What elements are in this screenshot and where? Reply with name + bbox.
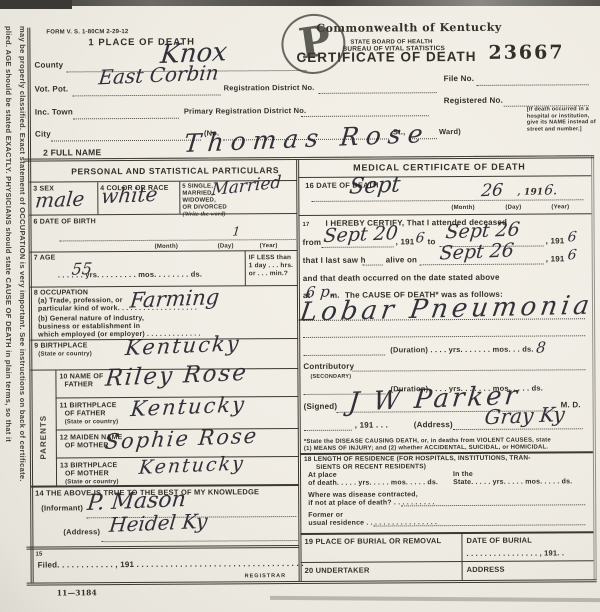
city-ward-label: Ward) xyxy=(439,128,461,136)
contributory-label: Contributory xyxy=(303,363,354,371)
dob-value: 1 xyxy=(232,224,241,238)
dotted-leader xyxy=(319,92,437,94)
contracted-label-2: if not at place of death? . . . . . . . … xyxy=(308,499,435,508)
fullname-value: Thomas Rose xyxy=(183,119,431,158)
rule-line xyxy=(179,182,180,214)
undertaker-label: 20 UNDERTAKER xyxy=(305,567,370,575)
age-value: 55 xyxy=(71,259,93,279)
former-residence-label-2: usual residence . . . . . . . . . . . . … xyxy=(308,519,437,528)
dotted-leader xyxy=(352,369,585,371)
father-birthplace-label-3: (State or country) xyxy=(65,418,119,426)
age-label: 7 AGE xyxy=(34,254,56,262)
rule-line xyxy=(296,160,302,581)
stamp-letter: P xyxy=(296,16,334,69)
to-year-digit: 6 xyxy=(567,229,578,245)
father-name-value: Riley Rose xyxy=(104,360,249,392)
dotted-leader xyxy=(101,540,297,542)
medical-title: MEDICAL CERTIFICATE OF DEATH xyxy=(353,163,525,172)
primary-registration-label: Primary Registration District No. xyxy=(184,107,307,116)
secondary-label: (SECONDARY) xyxy=(310,373,351,381)
rule-line xyxy=(27,579,597,585)
former-residence-label-1: Former or xyxy=(308,512,343,520)
duration1-label: (Duration) . . . . yrs. . . . . . . mos.… xyxy=(390,346,533,355)
residence-label-2: SIENTS OR RECENT RESIDENTS) xyxy=(316,463,426,472)
mother-birthplace-label-1: 13 BIRTHPLACE xyxy=(60,462,118,470)
dod-day-value: 26 xyxy=(480,180,504,201)
registered-no-label: Registered No. xyxy=(444,97,503,105)
birthplace-sublabel: (State or country) xyxy=(38,350,92,358)
race-value: white xyxy=(100,182,159,208)
dob-day-label: (Day) xyxy=(218,242,234,250)
filed-line: Filed. . . . . . . . . . . . , 191 . . .… xyxy=(38,560,304,570)
dotted-leader xyxy=(51,140,201,142)
burial-place-label: 19 PLACE OF BURIAL OR REMOVAL xyxy=(304,537,441,546)
dotted-leader xyxy=(73,94,221,96)
dotted-leader xyxy=(311,199,583,202)
certify-row-number: 17 xyxy=(302,221,309,229)
informant-address-label: (Address) xyxy=(63,528,100,536)
registrar-stamp: P xyxy=(277,10,349,79)
dod-month-value: Sept xyxy=(348,172,401,199)
mother-birthplace-value: Kentucky xyxy=(138,452,246,478)
rule-line xyxy=(298,175,591,178)
dotted-leader xyxy=(453,428,583,430)
mother-name-label-2: OF MOTHER xyxy=(65,442,109,450)
undertaker-address-label: ADDRESS xyxy=(467,566,505,574)
personal-title: PERSONAL AND STATISTICAL PARTICULARS xyxy=(71,166,279,175)
father-birthplace-label-2: OF FATHER xyxy=(65,410,106,418)
rule-line xyxy=(97,182,98,214)
dotted-leader xyxy=(60,239,296,241)
certificate-number: 23667 xyxy=(488,48,564,56)
scanned-death-certificate: plied. AGE should be stated EXACTLY. PHY… xyxy=(0,0,600,612)
dotted-leader xyxy=(363,264,383,265)
form-number: FORM V. S. 1-80CM 2-29-12 xyxy=(46,28,128,37)
mother-name-value: Sophie Rose xyxy=(104,424,260,454)
in-state-label-2: State. . . . . yrs. . . . . mos. . . . .… xyxy=(453,478,572,487)
parents-label: PARENTS xyxy=(39,415,48,460)
dob-label: 6 DATE OF BIRTH xyxy=(33,218,95,226)
birthplace-value: Kentucky xyxy=(124,331,242,360)
certificate-form: FORM V. S. 1-80CM 2-29-12 1 PLACE OF DEA… xyxy=(0,0,600,612)
rule-line xyxy=(301,560,594,563)
rule-line xyxy=(26,545,299,550)
at-place-label-2: of death. . . . . yrs. . . . . mos. . . … xyxy=(308,479,438,488)
rule-line xyxy=(29,213,297,216)
sex-value: male xyxy=(34,186,85,212)
age-if-less-label: IF LESS than 1 day . . . hrs. or . . . m… xyxy=(249,254,294,278)
filed-row-number: 15 xyxy=(35,551,42,559)
dod-month-label: (Month) xyxy=(451,204,474,212)
registration-district-label: Registration District No. xyxy=(224,84,315,93)
lastsaw-year-printed: , 191 xyxy=(546,255,565,263)
dotted-leader xyxy=(373,524,585,526)
precinct-value: East Corbin xyxy=(97,60,219,89)
signed-label: (Signed) xyxy=(304,403,338,411)
marital-value: Married xyxy=(211,172,282,200)
form-code: 11—3184 xyxy=(57,589,97,597)
cause-of-death-value: Lobar Pneumonia xyxy=(298,291,596,328)
registrar-label: REGISTRAR xyxy=(245,572,286,580)
dotted-leader xyxy=(401,504,585,506)
burial-date-label: DATE OF BURIAL xyxy=(466,537,532,545)
in-state-label-1: In the xyxy=(453,471,473,479)
dotted-leader xyxy=(303,354,385,356)
dotted-leader xyxy=(304,430,352,431)
precinct-label: Vot. Pot. xyxy=(35,85,69,93)
father-name-label-2: FATHER xyxy=(64,381,93,389)
sign-address-label: (Address) xyxy=(414,421,453,429)
rule-line xyxy=(461,532,462,580)
last-saw-label: that I last saw h xyxy=(303,257,366,265)
dob-month-label: (Month) xyxy=(155,243,178,251)
alive-on-label: alive on xyxy=(386,256,417,264)
lastsaw-year-digit: 6 xyxy=(567,247,578,263)
from-year-printed: , 191 xyxy=(396,238,415,246)
dob-year-label: (Year) xyxy=(260,242,278,250)
rule-line xyxy=(300,531,593,535)
from-year-digit: 6 xyxy=(415,230,426,246)
father-name-label-1: 10 NAME OF xyxy=(59,373,103,381)
to-label: to xyxy=(428,238,436,246)
city-label: City xyxy=(35,131,51,139)
informant-label: (Informant) xyxy=(41,504,83,512)
rule-line xyxy=(55,369,57,485)
to-year-printed: , 191 xyxy=(546,237,565,245)
inc-town-label: Inc. Town xyxy=(35,108,73,116)
father-birthplace-label-1: 11 BIRTHPLACE xyxy=(60,402,117,410)
dotted-leader xyxy=(301,115,429,117)
dotted-leader xyxy=(477,84,589,86)
rule-line xyxy=(245,250,246,285)
last-saw-value: Sept 26 xyxy=(439,239,515,264)
dod-year-label: (Year) xyxy=(551,203,569,211)
dotted-leader xyxy=(73,118,179,120)
burial-date-line: . . . . . . . . . . . . . . . . , 191. . xyxy=(466,549,564,558)
fullname-label: 2 FULL NAME xyxy=(43,148,101,156)
occupation-value: Farming xyxy=(129,285,221,313)
dod-year-digit: 6. xyxy=(544,182,559,199)
sign-address-value: Gray Ky xyxy=(484,402,566,429)
duration1-value: 8 xyxy=(535,338,546,356)
rule-line xyxy=(591,156,597,579)
mother-birthplace-label-3: (State or country) xyxy=(65,478,119,486)
from-label: from xyxy=(303,239,322,247)
mother-birthplace-label-2: OF MOTHER xyxy=(65,470,109,478)
county-label: County xyxy=(35,61,64,69)
rule-line xyxy=(298,213,591,216)
sign-date-printed: , 191 . . . xyxy=(355,421,388,429)
dod-day-label: (Day) xyxy=(505,204,521,212)
file-no-label: File No. xyxy=(444,75,475,83)
at-place-label-1: At place xyxy=(308,472,337,480)
footnote-line2: (1) MEANS OF INJURY; and (2) whether ACC… xyxy=(304,443,548,452)
informant-address-value: Heidel Ky xyxy=(108,509,208,537)
hospital-note: [If death occurred in a hospital or inst… xyxy=(527,106,596,132)
commonwealth-heading: Commonwealth of Kentucky xyxy=(316,24,501,33)
dod-year-printed: , 191 xyxy=(517,189,543,197)
father-birthplace-value: Kentucky xyxy=(129,392,247,421)
from-value: Sept 20 xyxy=(323,222,399,247)
rule-line xyxy=(27,28,33,583)
